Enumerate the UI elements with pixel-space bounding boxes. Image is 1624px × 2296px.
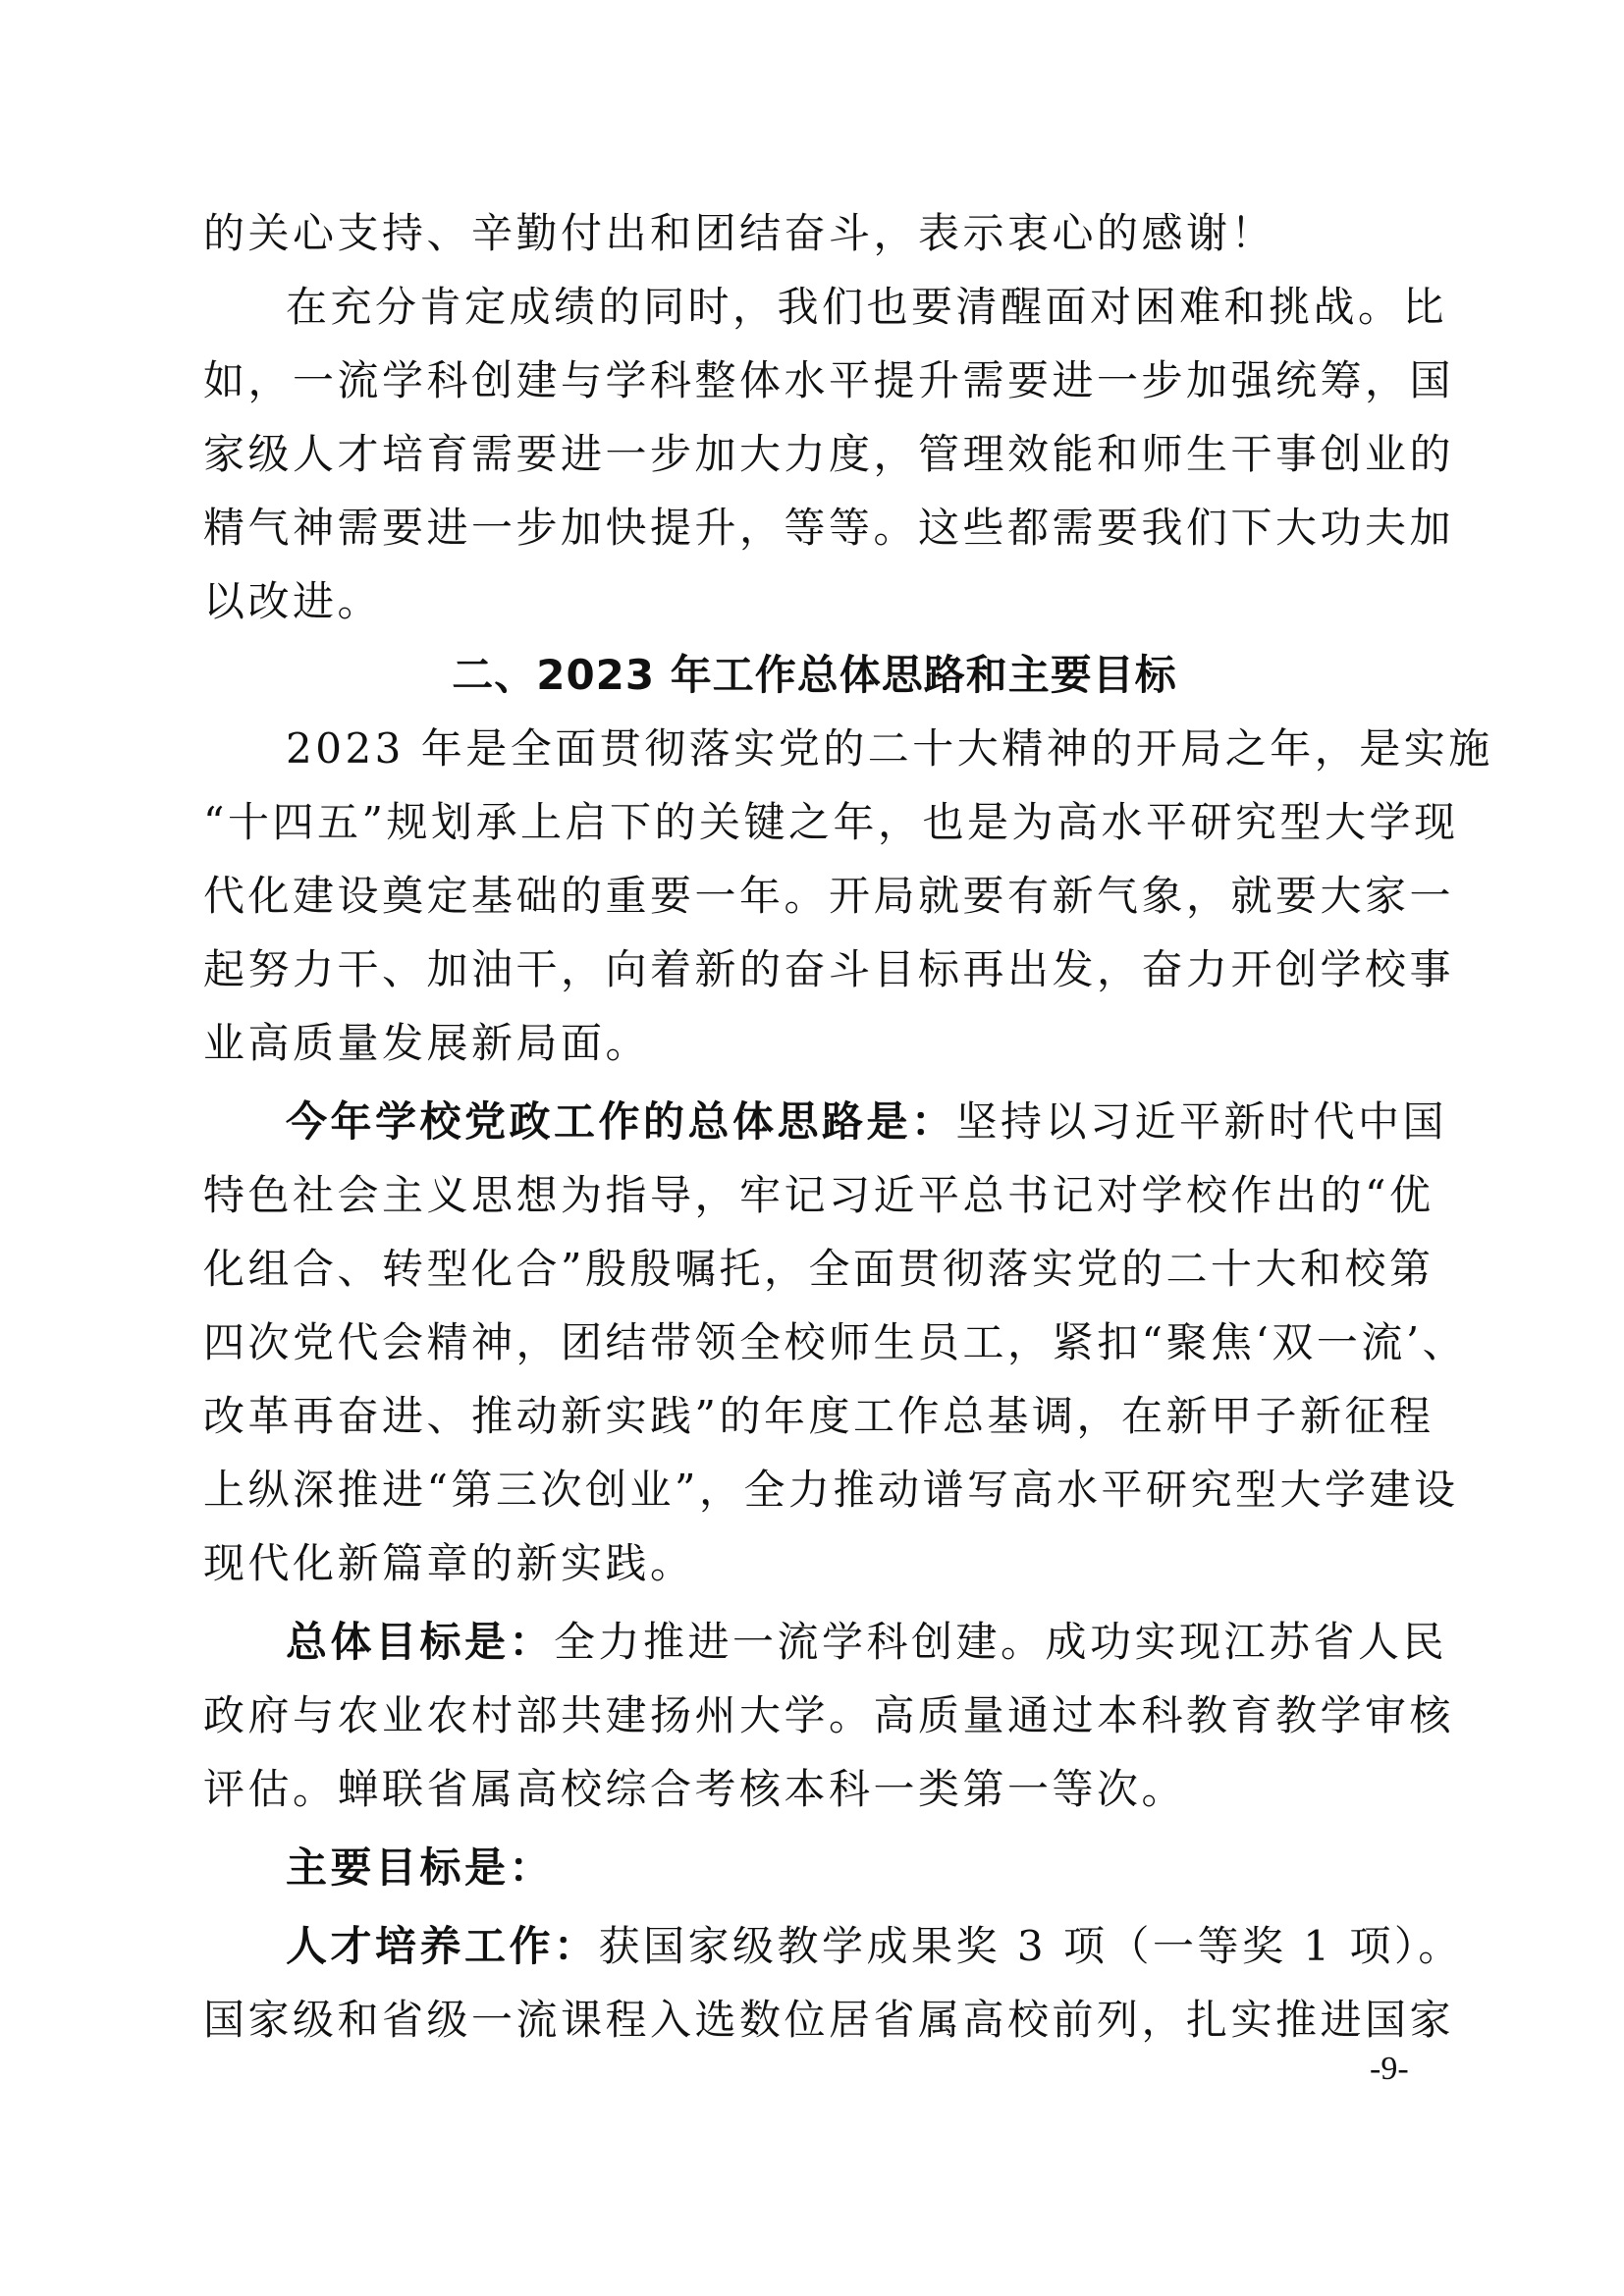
overall-goal-text: 全力推进一流学科创建。成功实现江苏省人民 [554,1618,1447,1666]
paragraph-line: 评估。蝉联省属高校综合考核本科一类第一等次。 [203,1760,1186,1819]
paragraph-line: 政府与农业农村部共建扬州大学。高质量通过本科教育教学审核 [203,1686,1454,1745]
overall-goal-label: 总体目标是： [286,1618,554,1666]
paragraph-line: 今年学校党政工作的总体思路是：坚持以习近平新时代中国 [286,1093,1447,1151]
talent-text: 获国家级教学成果奖 3 项（一等奖 1 项）。 [599,1922,1463,1970]
paragraph-line: 四次党代会精神，团结带领全校师生员工，紧扣“聚焦‘双一流’、 [203,1313,1467,1372]
paragraph-line: 2023 年是全面贯彻落实党的二十大精神的开局之年，是实施 [286,720,1493,778]
paragraph-line: 以改进。 [203,572,382,631]
paragraph-line: 在充分肯定成绩的同时，我们也要清醒面对困难和挑战。比 [286,278,1447,337]
section-heading: 二、2023 年工作总体思路和主要目标 [203,646,1426,705]
paragraph-line: 人才培养工作：获国家级教学成果奖 3 项（一等奖 1 项）。 [286,1917,1463,1976]
thinking-label: 今年学校党政工作的总体思路是： [286,1097,956,1146]
paragraph-line: “十四五”规划承上启下的关键之年，也是为高水平研究型大学现 [203,793,1458,852]
paragraph-line: 总体目标是：全力推进一流学科创建。成功实现江苏省人民 [286,1613,1447,1672]
paragraph-line: 改革再奋进、推动新实践”的年度工作总基调，在新甲子新征程 [203,1387,1434,1446]
paragraph-line: 特色社会主义思想为指导，牢记习近平总书记对学校作出的“优 [203,1166,1434,1225]
paragraph-line: 化组合、转型化合”殷殷嘱托，全面贯彻落实党的二十大和校第 [203,1240,1434,1299]
paragraph-line: 如，一流学科创建与学科整体水平提升需要进一步加强统筹，国 [203,351,1454,410]
paragraph-line: 业高质量发展新局面。 [203,1014,650,1073]
paragraph-line: 精气神需要进一步加快提升，等等。这些都需要我们下大功夫加 [203,499,1454,558]
paragraph-line: 国家级和省级一流课程入选数位居省属高校前列，扎实推进国家 [203,1991,1454,2050]
talent-label: 人才培养工作： [286,1922,599,1970]
page-number: -9- [1370,2050,1409,2089]
paragraph-line: 现代化新篇章的新实践。 [203,1534,695,1593]
paragraph-line: 家级人才培育需要进一步加大力度，管理效能和师生干事创业的 [203,425,1454,484]
thinking-text: 坚持以习近平新时代中国 [956,1097,1448,1146]
paragraph-line: 的关心支持、辛勤付出和团结奋斗，表示衷心的感谢！ [203,204,1275,263]
paragraph-line: 起努力干、加油干，向着新的奋斗目标再出发，奋力开创学校事 [203,940,1454,999]
paragraph-line: 上纵深推进“第三次创业”，全力推动谱写高水平研究型大学建设 [203,1461,1458,1520]
main-goals-label: 主要目标是： [286,1839,554,1897]
paragraph-line: 代化建设奠定基础的重要一年。开局就要有新气象，就要大家一 [203,867,1454,926]
